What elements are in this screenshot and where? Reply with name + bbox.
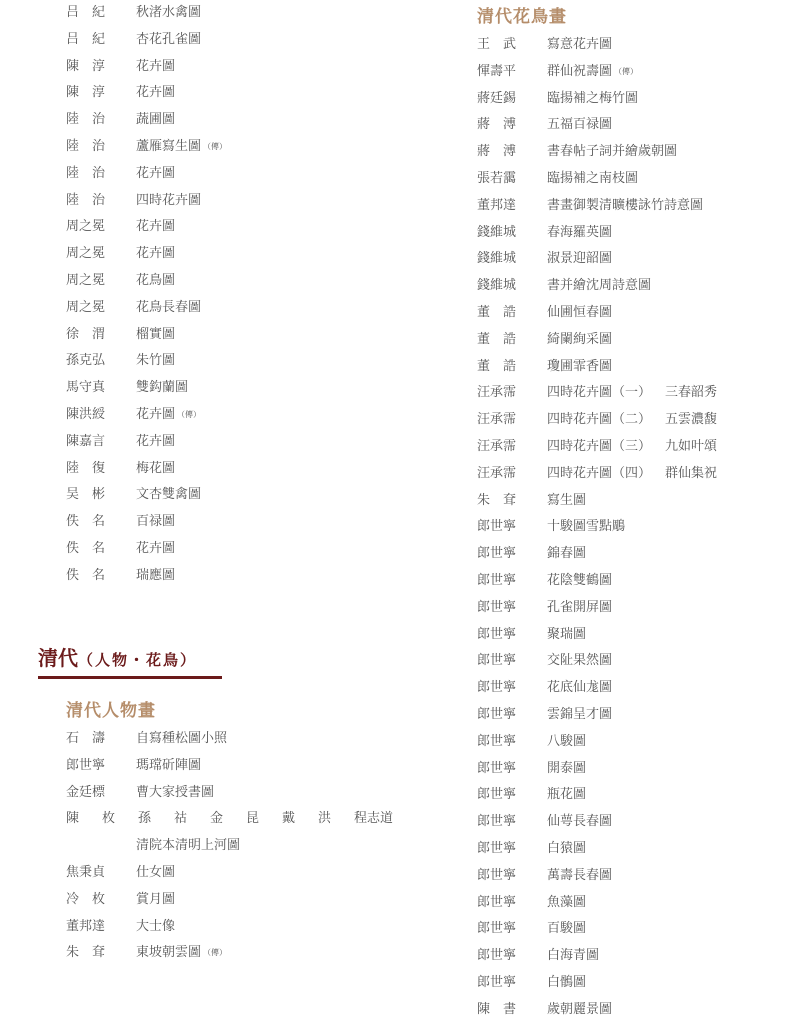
artist-name: 郎世寧: [477, 568, 547, 595]
artwork-title: 萬壽長春圖: [547, 863, 612, 890]
artwork-subtitle: 群仙集祝: [665, 461, 717, 488]
artist-name: 郎世寧: [477, 675, 547, 702]
section-subtitle: （人物・花鳥）: [78, 651, 197, 669]
artist-name: 石 濤: [66, 726, 136, 753]
artwork-title: 清院本清明上河圖: [136, 833, 240, 860]
list-item: 郎世寧萬壽長春圖: [477, 863, 797, 890]
list-item: 董 誥瓊圃霏香圖: [477, 354, 797, 381]
list-item: 郎世寧白鶻圖: [477, 970, 797, 997]
list-item: 汪承霈四時花卉圖（一）三春韶秀: [477, 380, 797, 407]
artwork-title: 十駿圖雪點鵰: [547, 514, 625, 541]
list-item: 陳 淳花卉圖: [66, 54, 446, 81]
subheading-qing-birds-flowers: 清代花鳥畫: [477, 2, 797, 32]
artist-name: 周之冕: [66, 268, 136, 295]
artwork-title: 交阯果然圖: [547, 648, 612, 675]
artist-name: 錢維城: [477, 220, 547, 247]
artist-name: 汪承霈: [477, 434, 547, 461]
artist-name: 錢維城: [477, 273, 547, 300]
artwork-title: 花卉圖: [136, 214, 175, 241]
list-item: 陸 治蘆雁寫生圖（傳）: [66, 134, 446, 161]
artist-name: 冷 枚: [66, 887, 136, 914]
artist-name: 郎世寧: [477, 702, 547, 729]
artist-name: 昆: [246, 806, 282, 833]
artwork-title: 百駿圖: [547, 916, 586, 943]
list-item: 陸 治花卉圖: [66, 161, 446, 188]
artwork-title: 八駿圖: [547, 729, 586, 756]
list-item: 郎世寧白海青圖: [477, 943, 797, 970]
list-item: 錢維城春海羅英圖: [477, 220, 797, 247]
artwork-title: 群仙祝壽圖: [547, 59, 612, 86]
artwork-title: 瓊圃霏香圖: [547, 354, 612, 381]
list-item: 周之冕花卉圖: [66, 241, 446, 268]
list-item: 蔣 溥書春帖子詞并繪歲朝圖: [477, 139, 797, 166]
artist-name: 蔣 溥: [477, 112, 547, 139]
artist-name: 祜: [174, 806, 210, 833]
artist-name: 佚 名: [66, 536, 136, 563]
artist-name: 郎世寧: [477, 782, 547, 809]
list-item: 郎世寧八駿圖: [477, 729, 797, 756]
list-item: 錢維城書并繪沈周詩意圖: [477, 273, 797, 300]
list-item: 焦秉貞仕女圖: [66, 860, 446, 887]
list-item: 陸 治四時花卉圖: [66, 188, 446, 215]
artist-name: 金廷標: [66, 780, 136, 807]
artwork-title: 四時花卉圖（三）: [547, 434, 651, 461]
attribution-note: （傳）: [203, 134, 227, 161]
list-item: 張若靄臨揚補之南枝圖: [477, 166, 797, 193]
artwork-title: 花卉圖: [136, 402, 175, 429]
artwork-title: 錦春圖: [547, 541, 586, 568]
artist-name: 郎世寧: [477, 943, 547, 970]
artwork-title: 花卉圖: [136, 241, 175, 268]
list-item: 吕 紀秋渚水禽圖: [66, 0, 446, 27]
list-item: 陸 復梅花圖: [66, 456, 446, 483]
artwork-title: 四時花卉圖（四）: [547, 461, 651, 488]
list-item: 陳洪綬花卉圖（傳）: [66, 402, 446, 429]
artwork-title: 仙萼長春圖: [547, 809, 612, 836]
artwork-title: 臨揚補之南枝圖: [547, 166, 638, 193]
artist-name: 陸 治: [66, 107, 136, 134]
section-heading-qing: 清代（人物・花鳥）: [38, 643, 222, 679]
artist-name: 吴 彬: [66, 482, 136, 509]
list-item: 郎世寧交阯果然圖: [477, 648, 797, 675]
artwork-title: 五福百禄圖: [547, 112, 612, 139]
list-item: 朱 耷東坡朝雲圖（傳）: [66, 940, 446, 967]
list-item: 陳枚孫祜金昆戴洪程志道: [66, 806, 446, 833]
artwork-subtitle: 三春韶秀: [665, 380, 717, 407]
list-item: 郎世寧孔雀開屏圖: [477, 595, 797, 622]
artwork-title: 四時花卉圖（二）: [547, 407, 651, 434]
list-item: 郎世寧瑪瑺斫陣圖: [66, 753, 446, 780]
artwork-title: 聚瑞圖: [547, 622, 586, 649]
artist-group: 陳枚孫祜金昆戴洪程志道: [66, 806, 393, 833]
list-item: 董 誥仙圃恒春圖: [477, 300, 797, 327]
artist-name: 陳 淳: [66, 80, 136, 107]
artwork-title: 杏花孔雀圖: [136, 27, 201, 54]
artwork-title: 寫意花卉圖: [547, 32, 612, 59]
artwork-title: 朱竹圖: [136, 348, 175, 375]
artwork-title: 曹大家授書圖: [136, 780, 214, 807]
list-item: 惲壽平群仙祝壽圖（傳）: [477, 59, 797, 86]
artist-name: 郎世寧: [477, 648, 547, 675]
artwork-title: 花陰雙鶴圖: [547, 568, 612, 595]
artwork-title: 花卉圖: [136, 429, 175, 456]
list-item: 馬守真雙鈎蘭圖: [66, 375, 446, 402]
artist-name: 吕 紀: [66, 0, 136, 27]
artwork-title: 魚藻圖: [547, 890, 586, 917]
artwork-title: 瑪瑺斫陣圖: [136, 753, 201, 780]
attribution-note: （傳）: [203, 940, 227, 967]
artwork-title: 四時花卉圖（一）: [547, 380, 651, 407]
artwork-title: 白海青圖: [547, 943, 599, 970]
artwork-title: 賞月圖: [136, 887, 175, 914]
list-item-continued: 清院本清明上河圖: [66, 833, 446, 860]
list-item: 冷 枚賞月圖: [66, 887, 446, 914]
artist-name: 郎世寧: [477, 916, 547, 943]
list-item: 陸 治蔬圃圖: [66, 107, 446, 134]
artwork-title: 孔雀開屏圖: [547, 595, 612, 622]
artist-name: 汪承霈: [477, 461, 547, 488]
artwork-title: 開泰圖: [547, 756, 586, 783]
list-item: 周之冕花鳥長春圖: [66, 295, 446, 322]
artist-name: 汪承霈: [477, 407, 547, 434]
artist-name: 戴: [282, 806, 318, 833]
artwork-title: 花底仙尨圖: [547, 675, 612, 702]
list-item: 吴 彬文杏雙禽圖: [66, 482, 446, 509]
artist-name: 陳 書: [477, 997, 547, 1023]
qing-figure-painting-list: 清代人物畫 石 濤自寫種松圖小照郎世寧瑪瑺斫陣圖金廷標曹大家授書圖陳枚孫祜金昆戴…: [66, 696, 446, 967]
list-item: 汪承霈四時花卉圖（二）五雲濃馥: [477, 407, 797, 434]
artist-name: 孫克弘: [66, 348, 136, 375]
artwork-title: 花卉圖: [136, 80, 175, 107]
artist-name: 王 武: [477, 32, 547, 59]
artist-name: 陸 復: [66, 456, 136, 483]
artwork-subtitle: 九如叶頌: [665, 434, 717, 461]
artist-name: 郎世寧: [477, 622, 547, 649]
artist-name: 董 誥: [477, 300, 547, 327]
artist-name: 陸 治: [66, 134, 136, 161]
artwork-title: 白鶻圖: [547, 970, 586, 997]
artist-name: 陳 淳: [66, 54, 136, 81]
artwork-title: 春海羅英圖: [547, 220, 612, 247]
artist-name: 孫: [138, 806, 174, 833]
artwork-title: 淑景迎韶圖: [547, 246, 612, 273]
artist-name: 郎世寧: [477, 890, 547, 917]
artist-name: 郎世寧: [477, 970, 547, 997]
artist-name: 蔣 溥: [477, 139, 547, 166]
artist-name: 周之冕: [66, 241, 136, 268]
list-item: 金廷標曹大家授書圖: [66, 780, 446, 807]
list-item: 郎世寧雲錦呈才圖: [477, 702, 797, 729]
artwork-title: 蔬圃圖: [136, 107, 175, 134]
artwork-title: 花鳥長春圖: [136, 295, 201, 322]
list-item: 郎世寧瓶花圖: [477, 782, 797, 809]
artwork-title: 梅花圖: [136, 456, 175, 483]
list-item: 王 武寫意花卉圖: [477, 32, 797, 59]
artist-name: 陳洪綬: [66, 402, 136, 429]
artist-name: 周之冕: [66, 214, 136, 241]
list-item: 吕 紀杏花孔雀圖: [66, 27, 446, 54]
artist-name: 惲壽平: [477, 59, 547, 86]
artwork-title: 瓶花圖: [547, 782, 586, 809]
artist-name: 吕 紀: [66, 27, 136, 54]
artwork-title: 仙圃恒春圖: [547, 300, 612, 327]
artist-name: 洪: [318, 806, 354, 833]
list-item: 郎世寧十駿圖雪點鵰: [477, 514, 797, 541]
artist-name: 董邦達: [477, 193, 547, 220]
artwork-title: 書并繪沈周詩意圖: [547, 273, 651, 300]
list-item: 蔣廷錫臨揚補之梅竹圖: [477, 86, 797, 113]
list-item: 陳 書歲朝麗景圖: [477, 997, 797, 1023]
artist-name: 郎世寧: [477, 756, 547, 783]
artist-name: 郎世寧: [477, 729, 547, 756]
artist-name: 郎世寧: [477, 836, 547, 863]
qing-birds-flowers-list: 清代花鳥畫 王 武寫意花卉圖惲壽平群仙祝壽圖（傳）蔣廷錫臨揚補之梅竹圖蔣 溥五福…: [477, 0, 797, 1023]
list-item: 汪承霈四時花卉圖（三）九如叶頌: [477, 434, 797, 461]
artwork-title: 瑞應圖: [136, 563, 175, 590]
artist-name: 朱 耷: [477, 488, 547, 515]
artwork-title: 花卉圖: [136, 54, 175, 81]
subheading-qing-figures: 清代人物畫: [66, 696, 446, 726]
artist-name: 郎世寧: [477, 863, 547, 890]
artwork-title: 雲錦呈才圖: [547, 702, 612, 729]
artist-name: 張若靄: [477, 166, 547, 193]
artist-name: 郎世寧: [477, 514, 547, 541]
section-title: 清代: [38, 646, 78, 670]
artwork-title: 書春帖子詞并繪歲朝圖: [547, 139, 677, 166]
artwork-title: 自寫種松圖小照: [136, 726, 227, 753]
artist-name: 佚 名: [66, 509, 136, 536]
list-item: 郎世寧花底仙尨圖: [477, 675, 797, 702]
artist-name: 董 誥: [477, 354, 547, 381]
artist-name: 金: [210, 806, 246, 833]
section-underline: [38, 676, 222, 679]
artwork-title: 臨揚補之梅竹圖: [547, 86, 638, 113]
artist-name: 徐 渭: [66, 322, 136, 349]
artist-name: 陸 治: [66, 161, 136, 188]
artist-name: 錢維城: [477, 246, 547, 273]
list-item: 朱 耷寫生圖: [477, 488, 797, 515]
artwork-title: 四時花卉圖: [136, 188, 201, 215]
artwork-title: 寫生圖: [547, 488, 586, 515]
artist-name: 陸 治: [66, 188, 136, 215]
artwork-title: 榴實圖: [136, 322, 175, 349]
artwork-subtitle: 五雲濃馥: [665, 407, 717, 434]
artist-name: 程志道: [354, 806, 393, 833]
artist-spacer: [66, 833, 136, 860]
artist-name: 蔣廷錫: [477, 86, 547, 113]
ming-birds-flowers-list: 吕 紀秋渚水禽圖吕 紀杏花孔雀圖陳 淳花卉圖陳 淳花卉圖陸 治蔬圃圖陸 治蘆雁寫…: [66, 0, 446, 590]
artwork-title: 大士像: [136, 914, 175, 941]
artist-name: 董 誥: [477, 327, 547, 354]
artist-name: 郎世寧: [66, 753, 136, 780]
artist-name: 董邦達: [66, 914, 136, 941]
list-item: 汪承霈四時花卉圖（四）群仙集祝: [477, 461, 797, 488]
artist-name: 周之冕: [66, 295, 136, 322]
list-item: 蔣 溥五福百禄圖: [477, 112, 797, 139]
artwork-title: 花卉圖: [136, 536, 175, 563]
artist-name: 郎世寧: [477, 809, 547, 836]
list-item: 佚 名瑞應圖: [66, 563, 446, 590]
artwork-title: 綺闌絢采圖: [547, 327, 612, 354]
artist-name: 朱 耷: [66, 940, 136, 967]
artist-name: 枚: [102, 806, 138, 833]
artwork-title: 文杏雙禽圖: [136, 482, 201, 509]
artist-name: 焦秉貞: [66, 860, 136, 887]
artwork-title: 雙鈎蘭圖: [136, 375, 188, 402]
artwork-title: 花鳥圖: [136, 268, 175, 295]
artwork-title: 蘆雁寫生圖: [136, 134, 201, 161]
list-item: 郎世寧錦春圖: [477, 541, 797, 568]
list-item: 周之冕花鳥圖: [66, 268, 446, 295]
attribution-note: （傳）: [614, 59, 638, 86]
list-item: 陳 淳花卉圖: [66, 80, 446, 107]
artwork-title: 仕女圖: [136, 860, 175, 887]
list-item: 陳嘉言花卉圖: [66, 429, 446, 456]
list-item: 石 濤自寫種松圖小照: [66, 726, 446, 753]
artwork-title: 白猿圖: [547, 836, 586, 863]
list-item: 董 誥綺闌絢采圖: [477, 327, 797, 354]
artist-name: 汪承霈: [477, 380, 547, 407]
list-item: 佚 名花卉圖: [66, 536, 446, 563]
list-item: 郎世寧聚瑞圖: [477, 622, 797, 649]
artwork-title: 花卉圖: [136, 161, 175, 188]
list-item: 郎世寧花陰雙鶴圖: [477, 568, 797, 595]
list-item: 周之冕花卉圖: [66, 214, 446, 241]
list-item: 錢維城淑景迎韶圖: [477, 246, 797, 273]
list-item: 董邦達書畫御製清曠樓詠竹詩意圖: [477, 193, 797, 220]
attribution-note: （傳）: [177, 402, 201, 429]
artwork-title: 東坡朝雲圖: [136, 940, 201, 967]
list-item: 郎世寧白猿圖: [477, 836, 797, 863]
artist-name: 馬守真: [66, 375, 136, 402]
artist-name: 陳: [66, 806, 102, 833]
list-item: 郎世寧魚藻圖: [477, 890, 797, 917]
artist-name: 郎世寧: [477, 595, 547, 622]
artwork-title: 百禄圖: [136, 509, 175, 536]
list-item: 徐 渭榴實圖: [66, 322, 446, 349]
artwork-title: 秋渚水禽圖: [136, 0, 201, 27]
list-item: 佚 名百禄圖: [66, 509, 446, 536]
artwork-title: 歲朝麗景圖: [547, 997, 612, 1023]
artist-name: 陳嘉言: [66, 429, 136, 456]
artist-name: 郎世寧: [477, 541, 547, 568]
list-item: 郎世寧開泰圖: [477, 756, 797, 783]
artwork-title: 書畫御製清曠樓詠竹詩意圖: [547, 193, 703, 220]
list-item: 郎世寧仙萼長春圖: [477, 809, 797, 836]
artist-name: 佚 名: [66, 563, 136, 590]
list-item: 董邦達大士像: [66, 914, 446, 941]
list-item: 郎世寧百駿圖: [477, 916, 797, 943]
list-item: 孫克弘朱竹圖: [66, 348, 446, 375]
